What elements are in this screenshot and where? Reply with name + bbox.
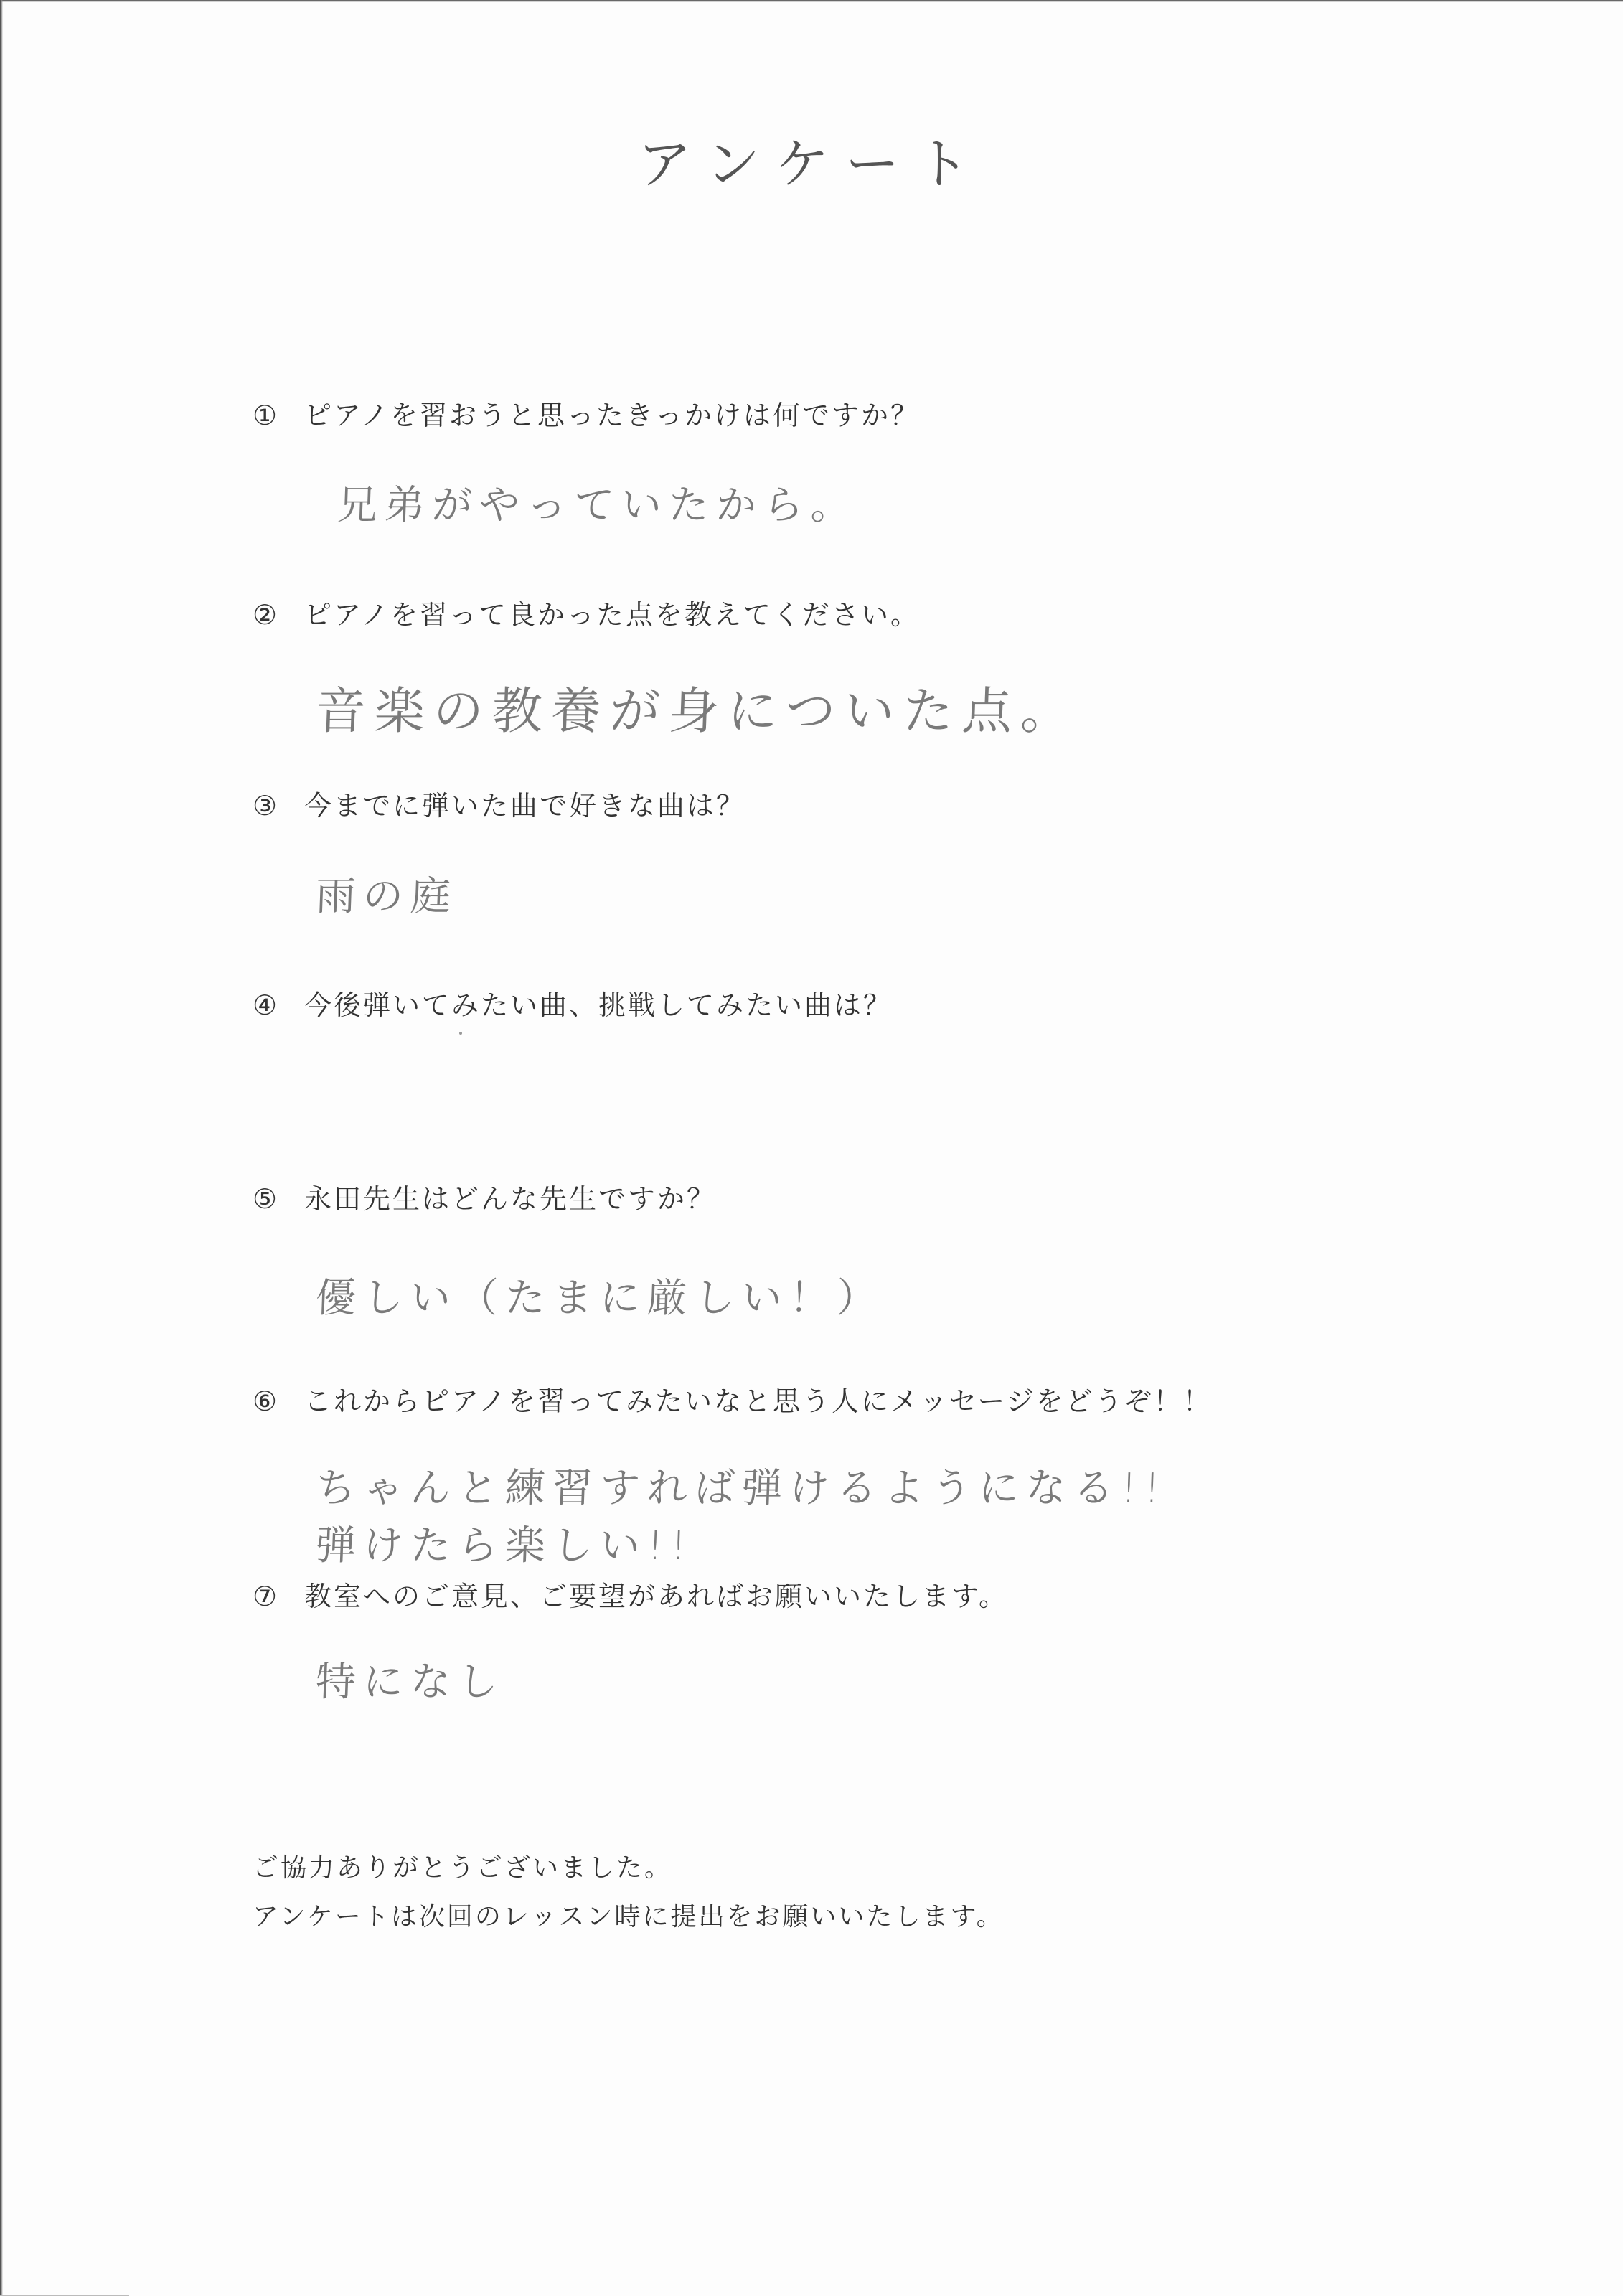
question-text: 今までに弾いた曲で好きな曲は？ bbox=[304, 790, 745, 822]
answer-5: 優しい（たまに厳しい！） bbox=[315, 1266, 885, 1324]
question-number: ③ bbox=[253, 790, 293, 822]
scan-edge-left bbox=[0, 0, 3, 2296]
answer-6-line-1: ちゃんと練習すれば弾けるようになる!! bbox=[315, 1457, 1169, 1514]
question-number: ④ bbox=[253, 989, 293, 1021]
question-3: ③今までに弾いた曲で好きな曲は？ bbox=[253, 784, 745, 823]
question-text: 永田先生はどんな先生ですか？ bbox=[304, 1183, 716, 1215]
answer-6-line-2: 弾けたら楽しい!! bbox=[315, 1514, 695, 1571]
question-number: ⑤ bbox=[253, 1183, 293, 1215]
answer-7: 特になし bbox=[315, 1650, 507, 1708]
question-text: これからピアノを習ってみたいなと思う人にメッセージをどうぞ！！ bbox=[304, 1385, 1213, 1417]
question-number: ① bbox=[253, 400, 293, 431]
footer-instruction: アンケートは次回のレッスン時に提出をお願いいたします。 bbox=[253, 1896, 1005, 1933]
question-7: ⑦教室へのご意見、ご要望があればお願いいたします。 bbox=[253, 1574, 1008, 1614]
question-2: ②ピアノを習って良かった点を教えてください。 bbox=[253, 593, 920, 632]
answer-1: 兄弟がやっていたから。 bbox=[337, 474, 860, 531]
answer-2: 音楽の教養が身についた点。 bbox=[314, 671, 1081, 743]
scan-speck bbox=[459, 1032, 462, 1035]
question-text: ピアノを習って良かった点を教えてください。 bbox=[304, 599, 920, 631]
footer-thanks: ご協力ありがとうございました。 bbox=[253, 1848, 672, 1884]
question-text: ピアノを習おうと思ったきっかけは何ですか？ bbox=[304, 400, 920, 431]
question-number: ⑥ bbox=[253, 1385, 293, 1417]
question-6: ⑥これからピアノを習ってみたいなと思う人にメッセージをどうぞ！！ bbox=[253, 1379, 1213, 1418]
question-text: 教室へのご意見、ご要望があればお願いいたします。 bbox=[304, 1581, 1008, 1612]
question-5: ⑤永田先生はどんな先生ですか？ bbox=[253, 1177, 716, 1216]
question-1: ①ピアノを習おうと思ったきっかけは何ですか？ bbox=[253, 393, 920, 433]
question-text: 今後弾いてみたい曲、挑戦してみたい曲は？ bbox=[304, 989, 893, 1021]
answer-3: 雨の庭 bbox=[315, 865, 459, 922]
document-title: アンケート bbox=[0, 121, 1623, 199]
question-number: ⑦ bbox=[253, 1581, 293, 1612]
question-4: ④今後弾いてみたい曲、挑戦してみたい曲は？ bbox=[253, 983, 893, 1022]
question-number: ② bbox=[253, 599, 293, 631]
scan-edge-top bbox=[0, 0, 1623, 2]
